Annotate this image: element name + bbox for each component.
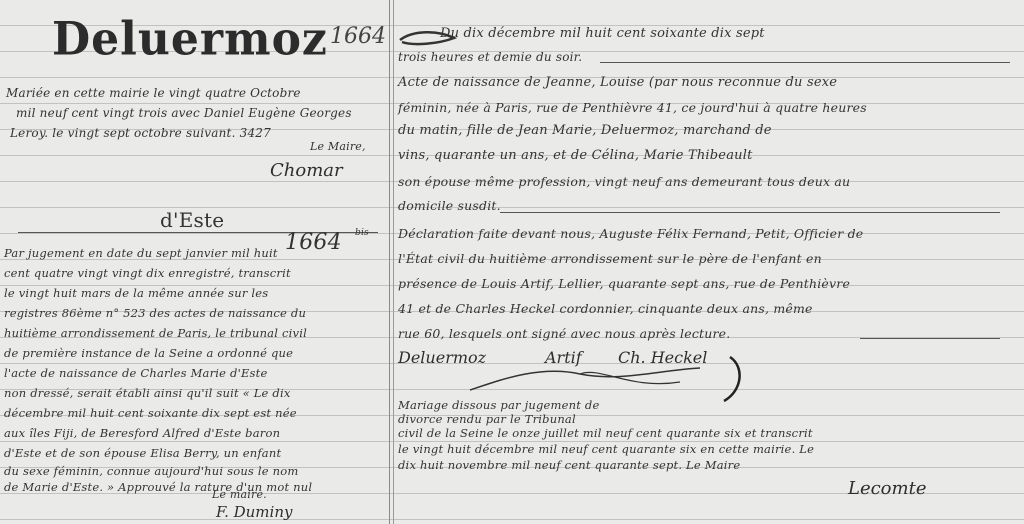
officer-signature-flourish-icon (460, 360, 740, 400)
register-number: 1664 (330, 24, 386, 49)
act-line: du matin, fille de Jean Marie, Deluermoz… (398, 123, 772, 138)
judgment-line: Par jugement en date du sept janvier mil… (4, 246, 278, 260)
act-line: son épouse même profession, vingt neuf a… (398, 174, 850, 189)
act-line: Acte de naissance de Jeanne, Louise (par… (398, 75, 837, 90)
judgment-line: le vingt huit mars de la même année sur … (4, 286, 268, 300)
marriage-note-line: mil neuf cent vingt trois avec Daniel Eu… (16, 106, 352, 120)
divorce-note-line: dix huit novembre mil neuf cent quarante… (398, 458, 740, 472)
judgment-line: cent quatre vingt vingt dix enregistré, … (4, 266, 291, 280)
divorce-signature: Lecomte (848, 478, 926, 499)
column-divider-secondary (393, 0, 394, 524)
judgment-line: du sexe féminin, connue aujourd'hui sous… (4, 464, 298, 478)
act-line: Du dix décembre mil huit cent soixante d… (440, 26, 765, 41)
filler-rule (500, 212, 1000, 213)
divorce-note-line: divorce rendu par le Tribunal (398, 412, 576, 426)
second-register-number: 1664 (285, 230, 342, 255)
marriage-note-line: Mariée en cette mairie le vingt quatre O… (6, 86, 301, 100)
marriage-note-signature: Chomar (270, 160, 343, 181)
act-line: vins, quarante un ans, et de Célina, Mar… (398, 148, 753, 163)
register-page: Deluermoz 1664 Mariée en cette mairie le… (0, 0, 1024, 524)
judgment-line: l'acte de naissance de Charles Marie d'E… (4, 366, 268, 380)
filler-rule (860, 338, 1000, 339)
marriage-note-mayor-label: Le Maire, (310, 140, 366, 153)
second-register-suffix: bis (355, 228, 369, 238)
margin-column: Deluermoz 1664 Mariée en cette mairie le… (0, 0, 390, 524)
judgment-line: de première instance de la Seine a ordon… (4, 346, 293, 360)
act-line: domicile susdit. (398, 198, 501, 213)
act-line: trois heures et demie du soir. (398, 50, 582, 64)
judgment-line: non dressé, serait établi ainsi qu'il su… (4, 386, 291, 400)
act-line: présence de Louis Artif, Lellier, quaran… (398, 276, 850, 291)
act-line: 41 et de Charles Heckel cordonnier, cinq… (398, 301, 813, 316)
judgment-line: aux îles Fiji, de Beresford Alfred d'Est… (4, 426, 280, 440)
second-surname: d'Este (160, 208, 224, 232)
divorce-note-line: civil de la Seine le onze juillet mil ne… (398, 426, 813, 440)
filler-rule (600, 62, 1010, 63)
judgment-line: huitième arrondissement de Paris, le tri… (4, 326, 307, 340)
divorce-note-line: Mariage dissous par jugement de (398, 398, 600, 412)
marriage-note-line: Leroy. le vingt sept octobre suivant. 34… (10, 126, 271, 140)
judgment-signature: F. Duminy (216, 503, 292, 521)
margin-surname: Deluermoz (52, 13, 328, 67)
judgment-line: décembre mil huit cent soixante dix sept… (4, 406, 297, 420)
judgment-line: d'Este et de son épouse Elisa Berry, un … (4, 446, 281, 460)
act-line: rue 60, lesquels ont signé avec nous apr… (398, 326, 730, 341)
judgment-mayor-label: Le maire. (212, 488, 267, 501)
divorce-note-line: le vingt huit décembre mil neuf cent qua… (398, 442, 814, 456)
act-line: féminin, née à Paris, rue de Penthièvre … (398, 100, 867, 115)
act-line: Déclaration faite devant nous, Auguste F… (398, 226, 863, 241)
judgment-line: registres 86ème n° 523 des actes de nais… (4, 306, 306, 320)
act-line: l'État civil du huitième arrondissement … (398, 251, 822, 266)
paraph-stroke-icon (720, 355, 750, 405)
